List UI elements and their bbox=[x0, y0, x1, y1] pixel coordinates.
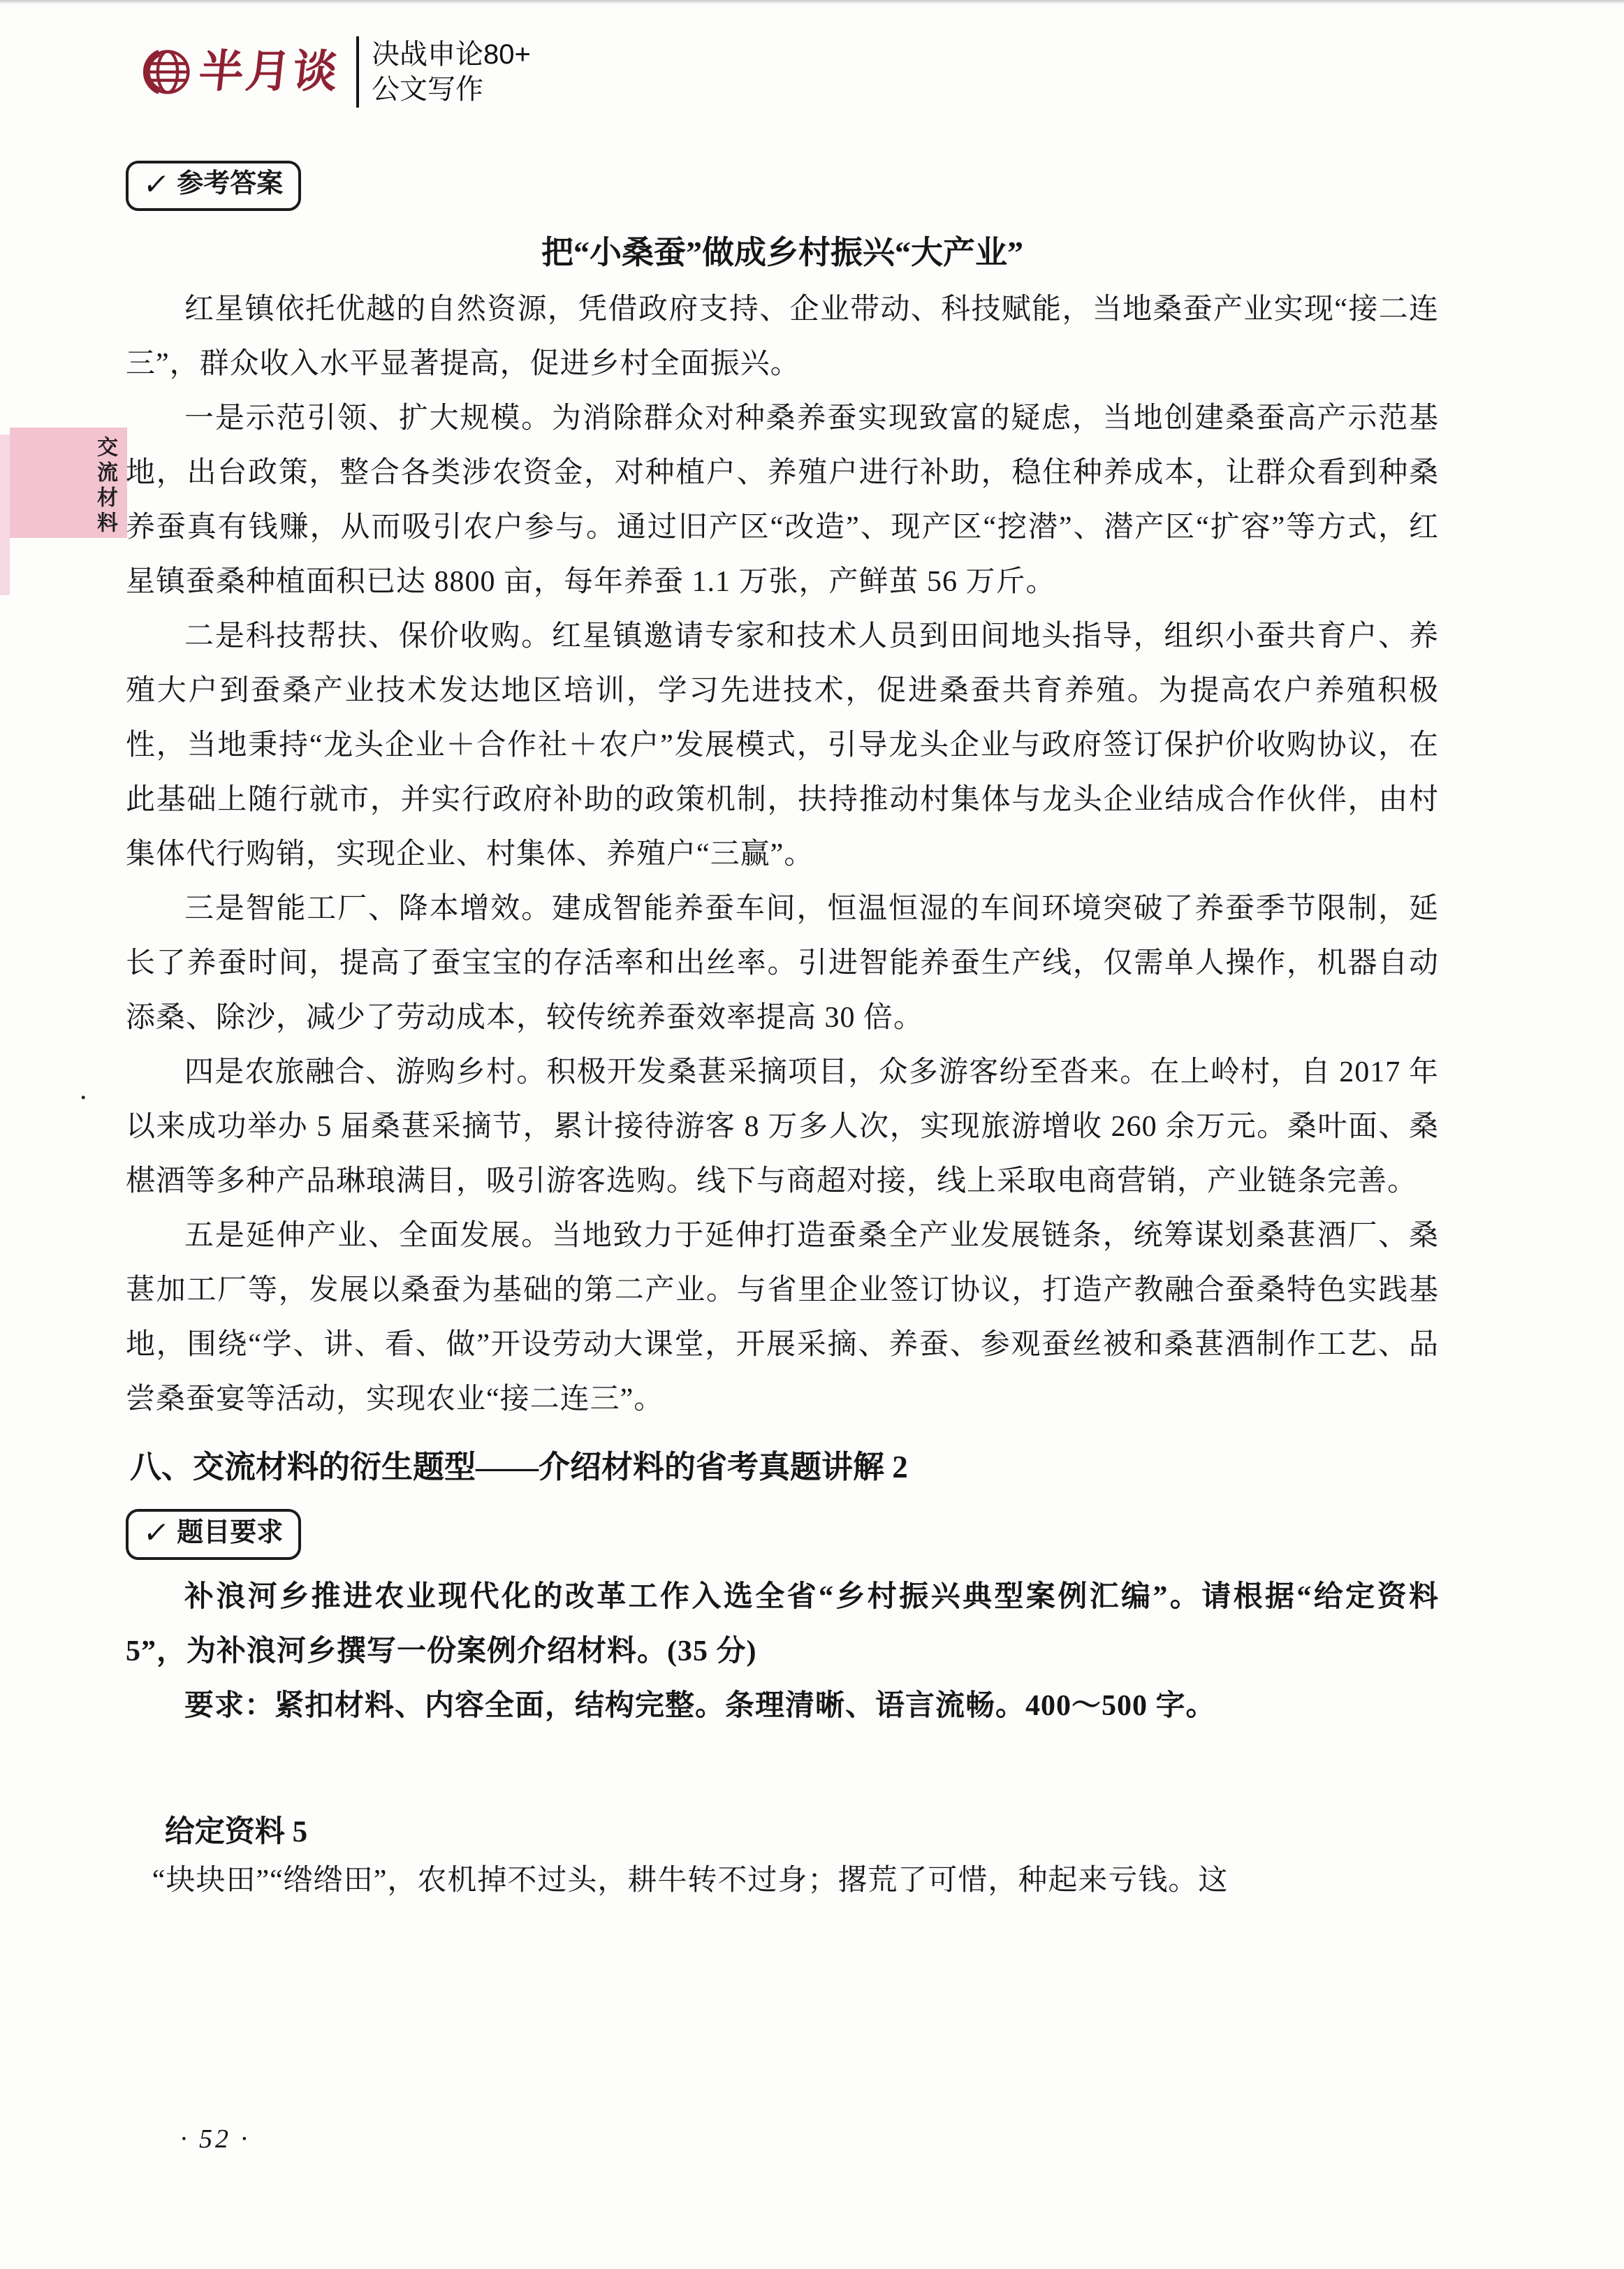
answer-paragraph-5: 四是农旅融合、游购乡村。积极开发桑葚采摘项目，众多游客纷至沓来。在上岭村，自 2… bbox=[126, 1045, 1439, 1209]
header-divider bbox=[356, 36, 359, 108]
requirements-paragraph-2: 要求：紧扣材料、内容全面，结构完整。条理清晰、语言流畅。400～500 字。 bbox=[126, 1679, 1439, 1733]
question-requirements-badge-label: 题目要求 bbox=[177, 1517, 283, 1549]
document-page: 半月谈 决战申论80+ 公文写作 交流材料 ✓ 参考答案 把“小桑蚕”做成乡村振… bbox=[0, 0, 1624, 2269]
requirements-paragraph-1: 补浪河乡推进农业现代化的改革工作入选全省“乡村振兴典型案例汇编”。请根据“给定资… bbox=[126, 1570, 1439, 1679]
reference-answer-badge: ✓ 参考答案 bbox=[126, 161, 301, 211]
banyuetan-globe-logo-icon bbox=[143, 46, 192, 98]
header-taglines: 决战申论80+ 公文写作 bbox=[372, 37, 531, 107]
question-requirements-badge: ✓ 题目要求 bbox=[126, 1509, 301, 1559]
scan-edge bbox=[0, 0, 1624, 4]
reference-answer-badge-label: 参考答案 bbox=[177, 168, 283, 200]
chapter-tab-label: 交流材料 bbox=[89, 436, 120, 537]
answer-paragraph-6: 五是延伸产业、全面发展。当地致力于延伸打造蚕桑全产业发展链条，统筹谋划桑葚酒厂、… bbox=[126, 1209, 1439, 1427]
page-header: 半月谈 决战申论80+ 公文写作 bbox=[143, 36, 531, 108]
answer-paragraph-1: 红星镇依托优越的自然资源，凭借政府支持、企业带动、科技赋能，当地桑蚕产业实现“接… bbox=[126, 282, 1439, 391]
section-heading: 八、交流材料的衍生题型——介绍材料的省考真题讲解 2 bbox=[130, 1445, 1439, 1489]
check-icon: ✓ bbox=[141, 167, 172, 202]
answer-paragraph-4: 三是智能工厂、降本增效。建成智能养蚕车间，恒温恒湿的车间环境突破了养蚕季节限制，… bbox=[126, 882, 1439, 1045]
stray-mark: . bbox=[80, 1073, 87, 1107]
brand-name: 半月谈 bbox=[197, 50, 342, 94]
check-icon: ✓ bbox=[141, 1515, 172, 1550]
tagline-bottom: 公文写作 bbox=[372, 72, 531, 107]
chapter-tab: 交流材料 bbox=[10, 428, 127, 538]
material-heading: 给定资料 5 bbox=[126, 1811, 1439, 1853]
tagline-top: 决战申论80+ bbox=[372, 37, 531, 72]
answer-paragraph-3: 二是科技帮扶、保价收购。红星镇邀请专家和技术人员到田间地头指导，组织小蚕共育户、… bbox=[126, 609, 1439, 882]
content-column: ✓ 参考答案 把“小桑蚕”做成乡村振兴“大产业” 红星镇依托优越的自然资源，凭借… bbox=[126, 161, 1439, 1908]
answer-paragraph-2: 一是示范引领、扩大规模。为消除群众对种桑养蚕实现致富的疑虑，当地创建桑蚕高产示范… bbox=[126, 391, 1439, 609]
page-number: · 52 · bbox=[180, 2124, 250, 2154]
material-paragraph: “块块田”“绺绺田”，农机掉不过头，耕牛转不过身；撂荒了可惜，种起来亏钱。这 bbox=[126, 1853, 1439, 1908]
essay-title: 把“小桑蚕”做成乡村振兴“大产业” bbox=[126, 232, 1439, 274]
chapter-tab-edge bbox=[0, 435, 10, 595]
